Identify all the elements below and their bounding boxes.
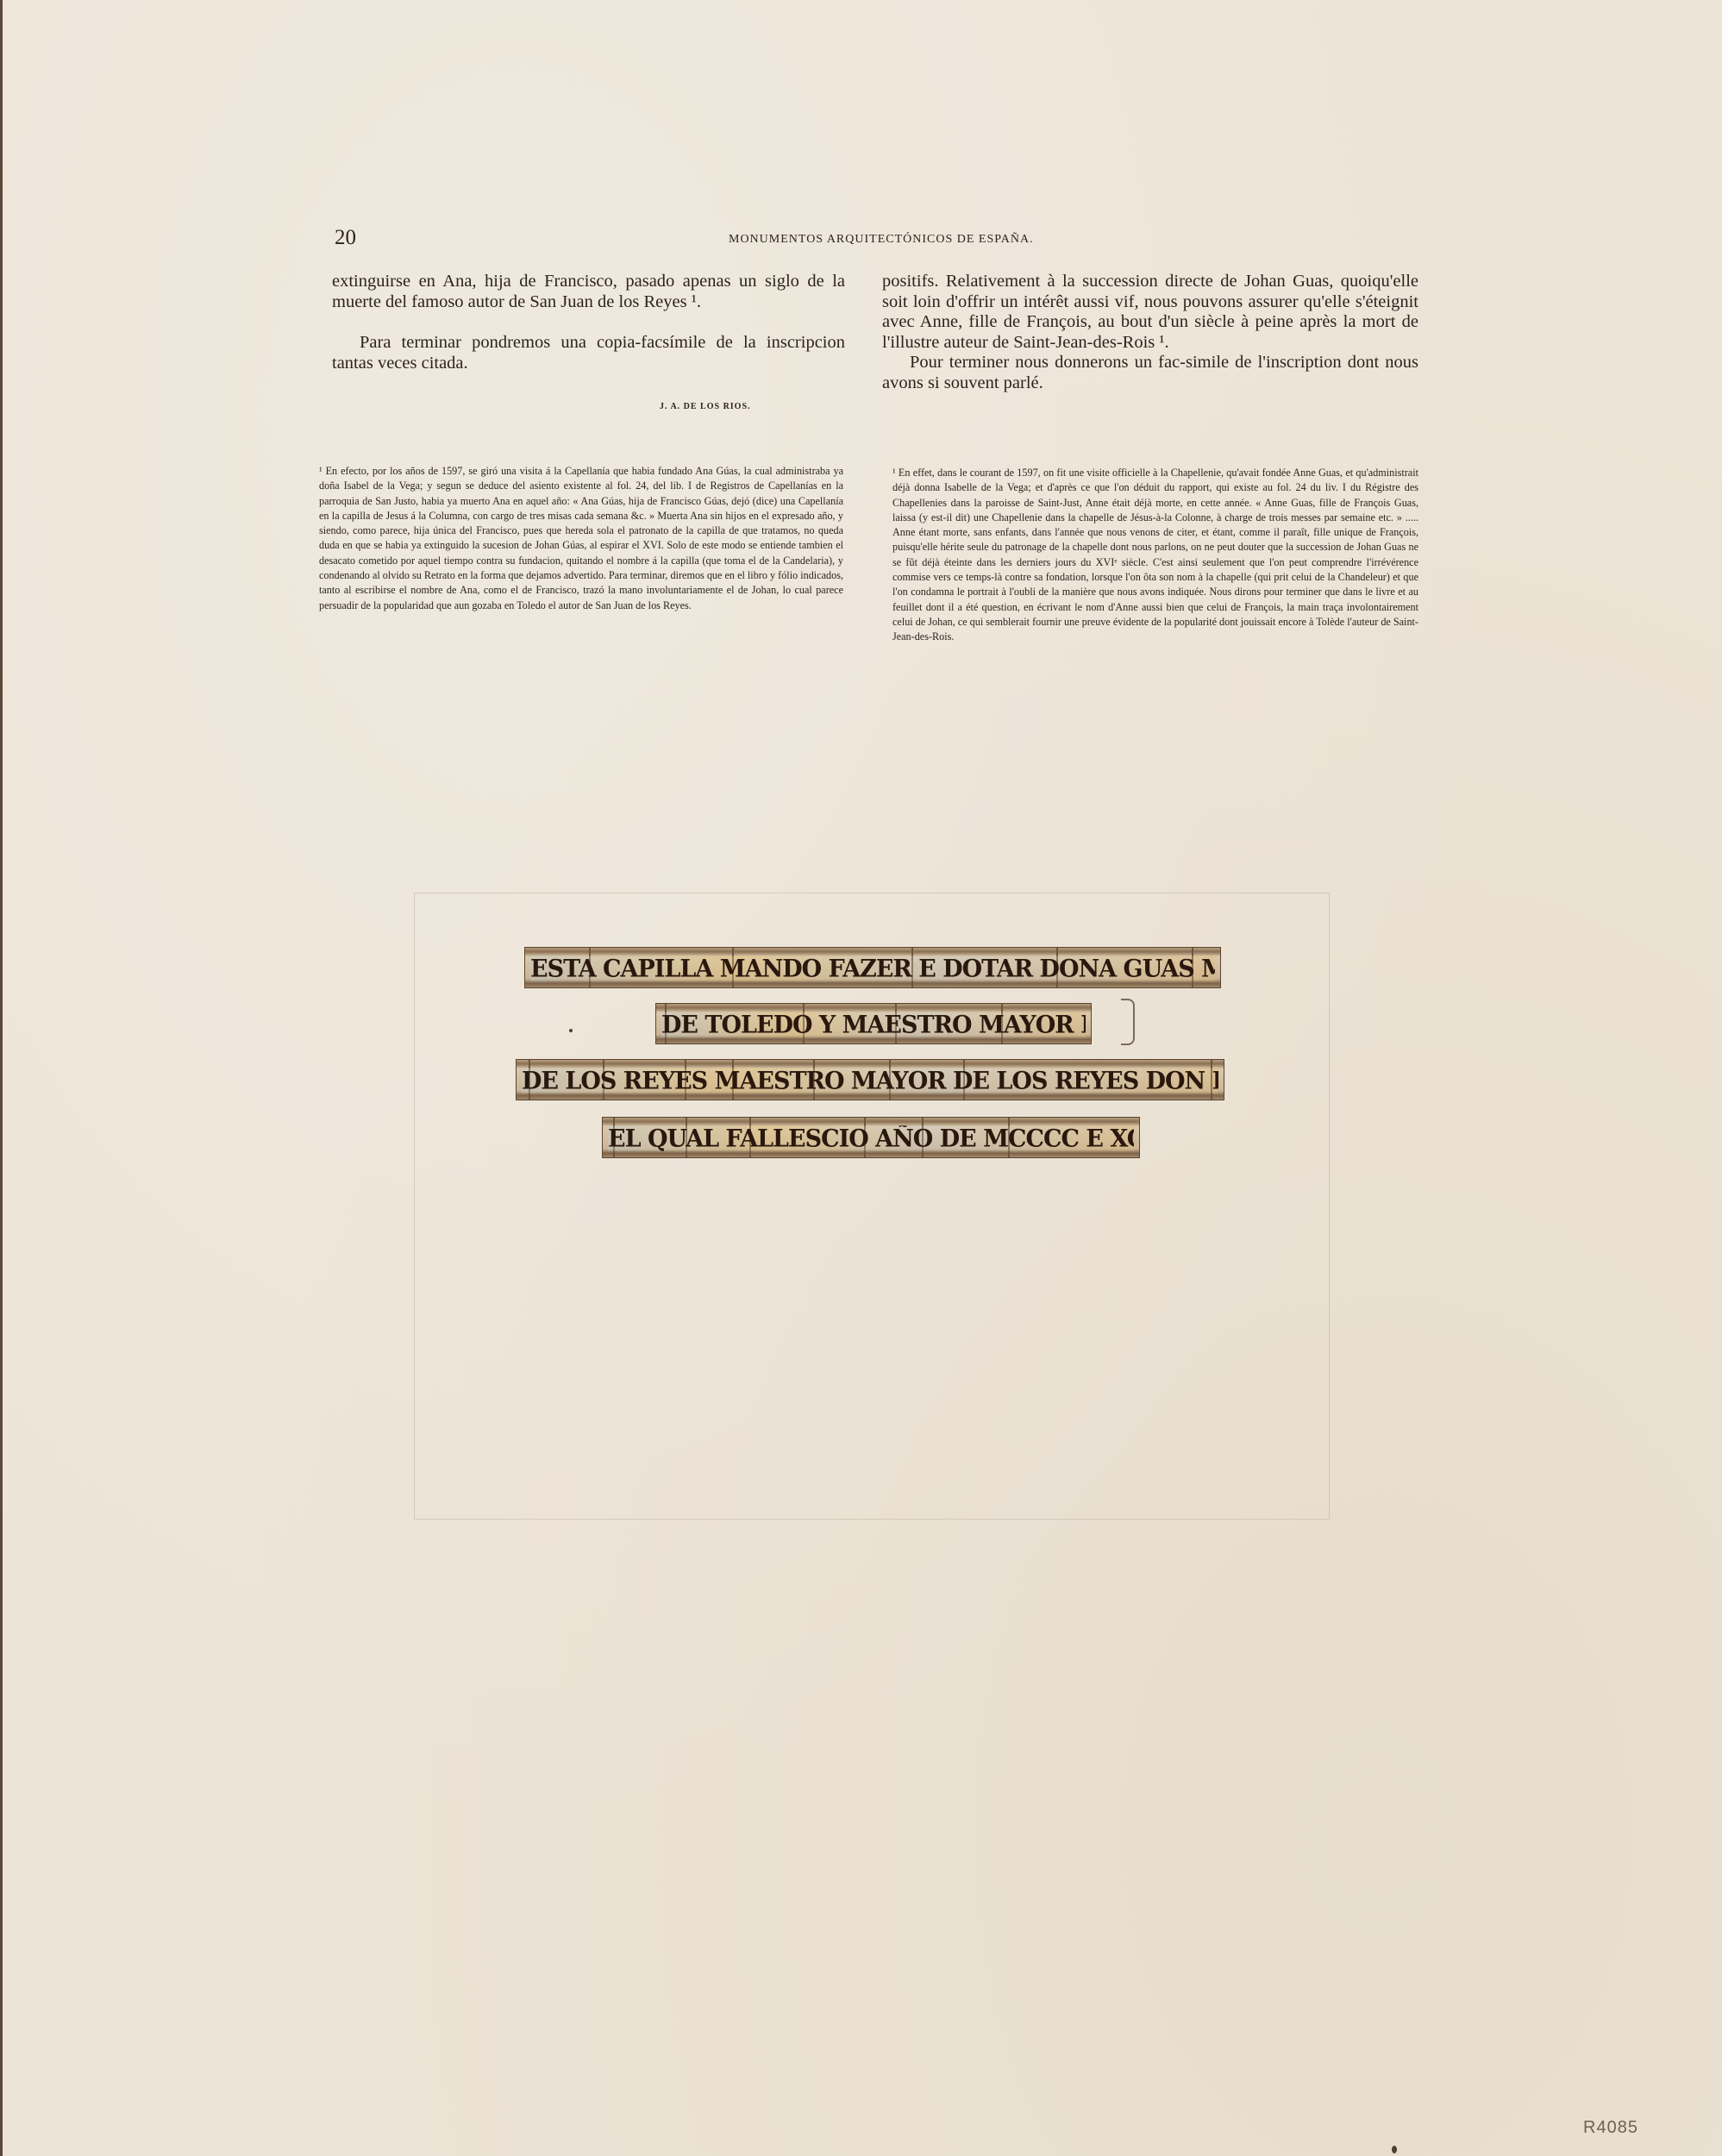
french-text-column: positifs. Relativement à la succession d… <box>882 272 1418 393</box>
french-footnote: ¹ En effet, dans le courant de 1597, on … <box>892 466 1418 645</box>
inscription-text-4: EL QUAL FALLESCIO AÑO DE MCCCC E XCVI <box>608 1125 1134 1150</box>
inscription-band-1: ESTA CAPILLA MANDO FAZER E DOTAR DONA GU… <box>524 947 1221 988</box>
ink-speck <box>569 1029 573 1032</box>
inscription-band-2: DE TOLEDO Y MAESTRO MAYOR DE LA OBRA DE … <box>655 1003 1092 1044</box>
inscription-band-4: EL QUAL FALLESCIO AÑO DE MCCCC E XCVI <box>602 1117 1140 1158</box>
spanish-paragraph-1: extinguirse en Ana, hija de Francisco, p… <box>332 272 845 312</box>
page-number: 20 <box>335 226 356 250</box>
inscription-text-2: DE TOLEDO Y MAESTRO MAYOR DE LA OBRA DE … <box>661 1012 1086 1037</box>
spanish-paragraph-2: Para terminar pondremos una copia-facsím… <box>332 333 845 373</box>
spanish-footnote: ¹ En efecto, por los años de 1597, se gi… <box>319 464 843 613</box>
catalog-number-annotation: R4085 <box>1583 2118 1638 2138</box>
ink-speck <box>1392 2146 1397 2153</box>
author-signature: J. A. DE LOS RIOS. <box>660 402 751 411</box>
inscription-text-3: DE LOS REYES MAESTRO MAYOR DE LOS REYES … <box>522 1068 1218 1093</box>
french-paragraph-2: Pour terminer nous donnerons un fac-simi… <box>882 353 1418 393</box>
french-paragraph-1: positifs. Relativement à la succession d… <box>882 272 1418 353</box>
inscription-text-1: ESTA CAPILLA MANDO FAZER E DOTAR DONA GU… <box>530 956 1215 981</box>
bracket-mark <box>1121 999 1135 1045</box>
spanish-text-column: extinguirse en Ana, hija de Francisco, p… <box>332 272 845 373</box>
inscription-band-3: DE LOS REYES MAESTRO MAYOR DE LOS REYES … <box>516 1059 1224 1100</box>
running-head: MONUMENTOS ARQUITECTÓNICOS DE ESPAÑA. <box>729 233 1034 247</box>
page-edge <box>0 0 3 2156</box>
